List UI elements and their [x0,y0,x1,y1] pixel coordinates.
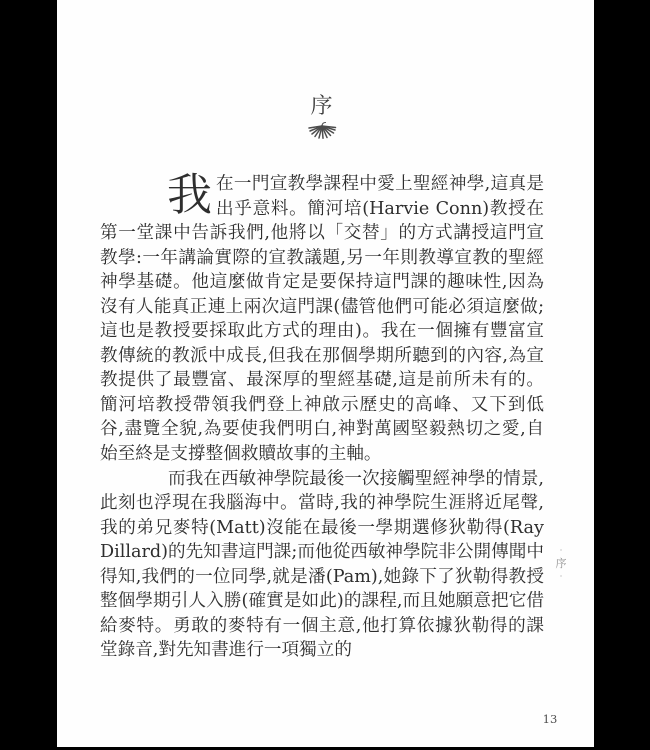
page-number: 13 [535,712,565,726]
fan-rays-icon [302,121,342,141]
chapter-title: 序 [100,95,544,119]
paragraph-2: 而我在西敏神學院最後一次接觸聖經神學的情景,此刻也浮現在我腦海中。當時,我的神學… [100,467,544,663]
dropcap-character: 我 [167,172,212,221]
book-page: 序 [57,0,594,747]
marker-chapter-character: 序 [556,556,567,571]
chapter-ornament [100,121,544,141]
marker-bottom-dot: · [560,571,563,582]
body-text: 我在一門宣教學課程中愛上聖經神學,這真是出乎意料。簡河培(Harvie Conn… [100,172,544,663]
marker-top-dot: · [560,545,563,556]
paragraph-1: 我在一門宣教學課程中愛上聖經神學,這真是出乎意料。簡河培(Harvie Conn… [100,172,544,467]
book-scan-screen: 序 [0,0,650,750]
margin-chapter-marker: · 序 · [553,545,569,582]
